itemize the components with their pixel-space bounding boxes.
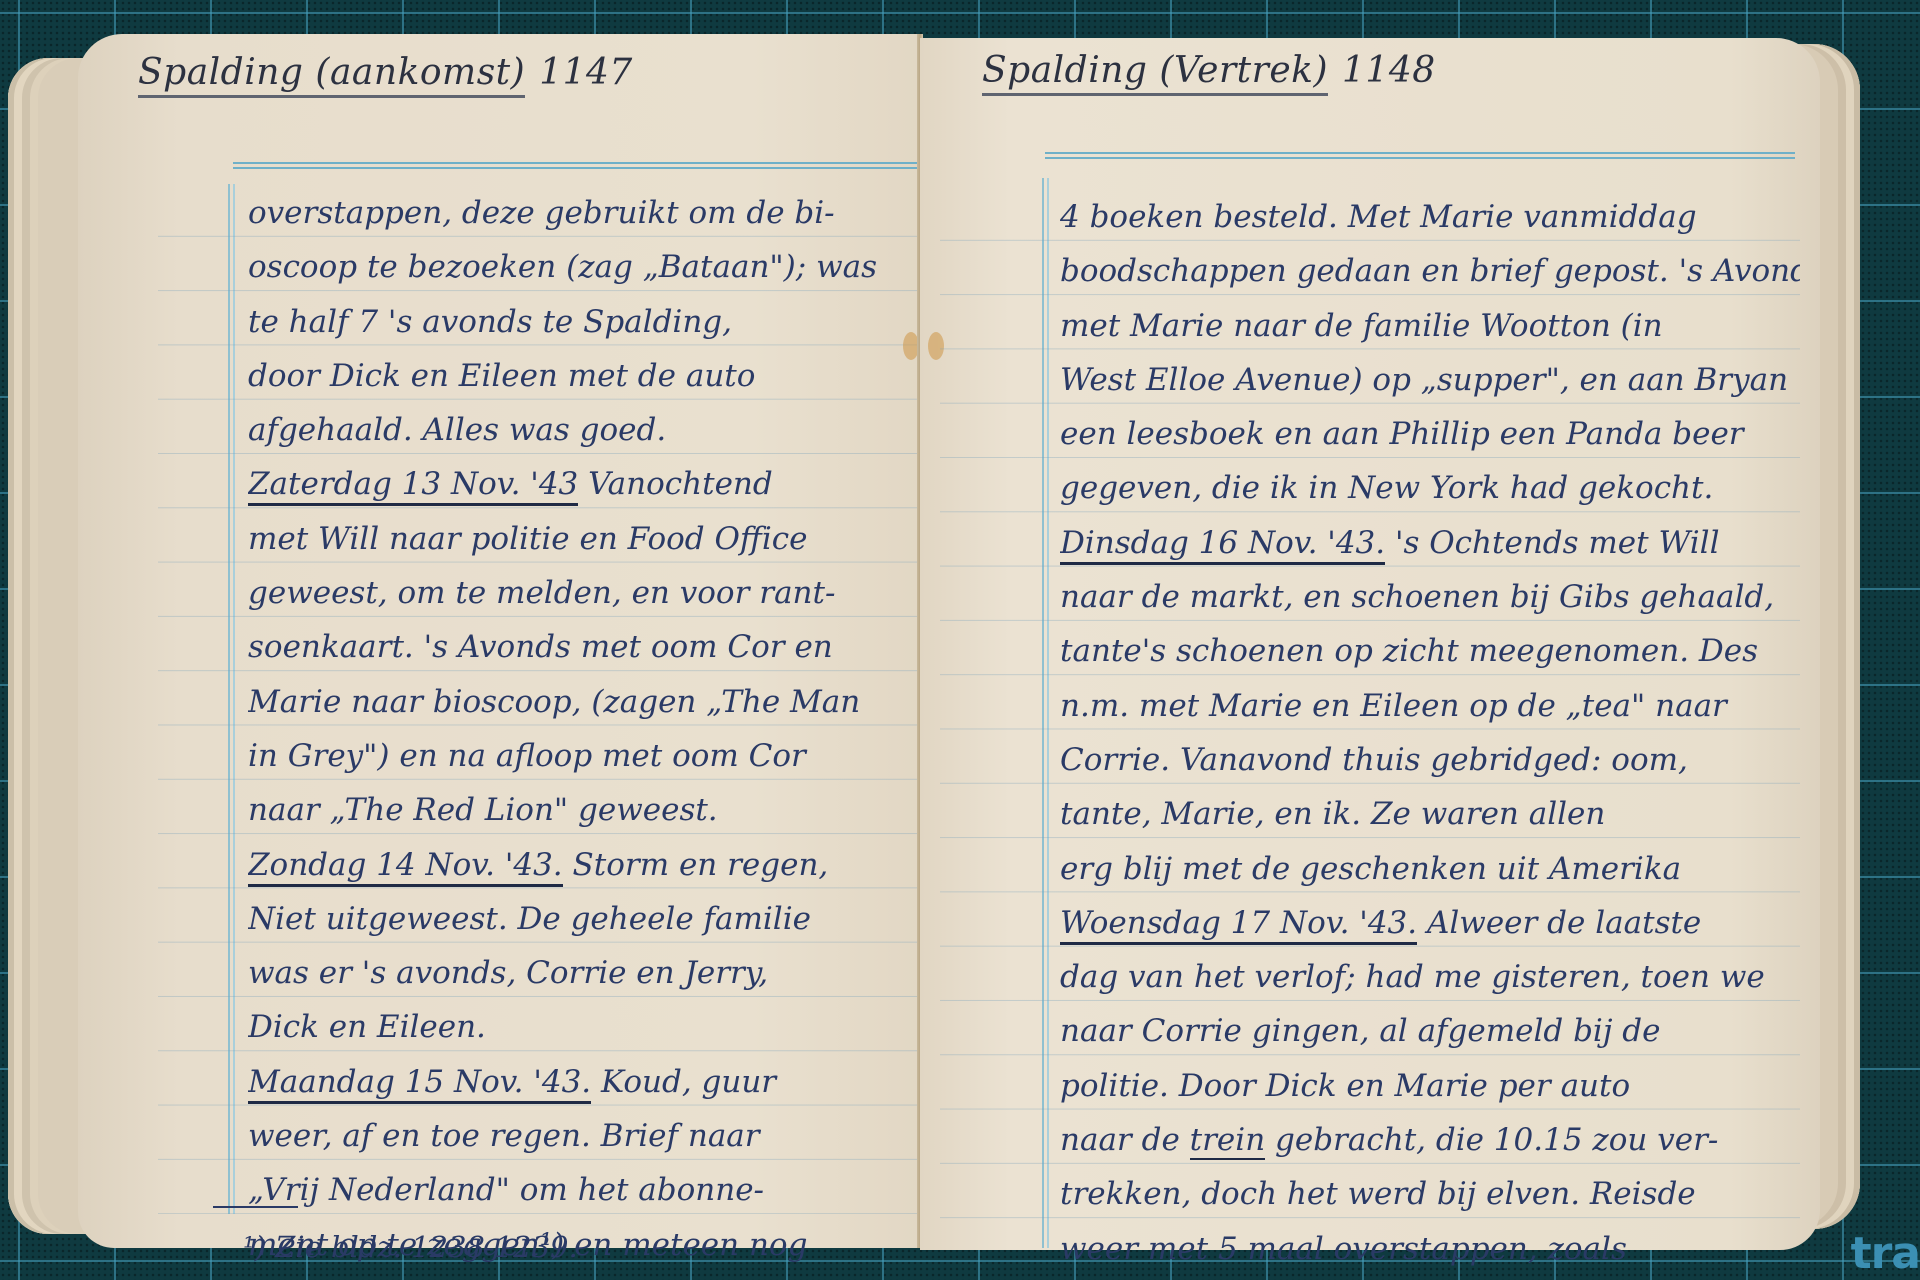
diary-entry-heading: Dinsdag 16 Nov. '43. 's Ochtends met Wil… bbox=[1060, 516, 1800, 570]
diary-line: tante's schoenen op zicht meegenomen. De… bbox=[1060, 624, 1800, 678]
entry-text: Koud, guur bbox=[601, 1064, 776, 1100]
left-page-number: 1147 bbox=[539, 52, 633, 93]
entry-text: Storm en regen, bbox=[573, 847, 829, 883]
diary-line: tante, Marie, en ik. Ze waren allen bbox=[1060, 787, 1800, 841]
right-page-header: Spalding (Vertrek)1148 bbox=[982, 50, 1436, 91]
diary-line: naar Corrie gingen, al afgemeld bij de bbox=[1060, 1004, 1800, 1058]
diary-line: weer met 5 maal overstappen, zoals bbox=[1060, 1222, 1800, 1276]
right-page: Spalding (Vertrek)1148 4 boeken besteld.… bbox=[920, 38, 1820, 1250]
diary-line: naar de trein gebracht, die 10.15 zou ve… bbox=[1060, 1113, 1800, 1167]
footnote: ¹) Zie bldz. 1238-1239. bbox=[243, 1230, 578, 1264]
diary-line: was er 's avonds, Corrie en Jerry, bbox=[248, 946, 918, 1000]
entry-date: Dinsdag 16 Nov. '43. bbox=[1060, 525, 1385, 565]
footnote-rule bbox=[213, 1206, 298, 1208]
diary-line: oscoop te bezoeken (zag „Bataan"); was bbox=[248, 240, 918, 294]
diary-line: weer, af en toe regen. Brief naar bbox=[248, 1109, 918, 1163]
left-page-entries: overstappen, deze gebruikt om de bi-osco… bbox=[248, 186, 918, 1272]
diary-line: een leesboek en aan Phillip een Panda be… bbox=[1060, 407, 1800, 461]
diary-line: erg blij met de geschenken uit Amerika bbox=[1060, 842, 1800, 896]
diary-entry-heading: Zondag 14 Nov. '43. Storm en regen, bbox=[248, 838, 918, 892]
entry-text: Alweer de laatste bbox=[1427, 905, 1701, 941]
diary-line: trekken, doch het werd bij elven. Reisde bbox=[1060, 1167, 1800, 1221]
diary-line: met Will naar politie en Food Office bbox=[248, 512, 918, 566]
open-diary: Spalding (aankomst)1147 overstappen, dez… bbox=[0, 0, 1920, 1280]
entry-text: gebracht, die 10.15 zou ver- bbox=[1265, 1122, 1718, 1158]
diary-line: „Vrij Nederland" om het abonne- bbox=[248, 1163, 918, 1217]
diary-entry-heading: Woensdag 17 Nov. '43. Alweer de laatste bbox=[1060, 896, 1800, 950]
header-rule bbox=[1045, 152, 1795, 154]
diary-line: Corrie. Vanavond thuis gebridged: oom, bbox=[1060, 733, 1800, 787]
header-rule bbox=[233, 162, 918, 164]
left-page-title: Spalding (aankomst) bbox=[138, 52, 525, 98]
diary-line: West Elloe Avenue) op „supper", en aan B… bbox=[1060, 353, 1800, 407]
diary-line: geweest, om te melden, en voor rant- bbox=[248, 566, 918, 620]
diary-line: gegeven, die ik in New York had gekocht. bbox=[1060, 461, 1800, 515]
diary-line: overstappen, deze gebruikt om de bi- bbox=[248, 186, 918, 240]
diary-entry-heading: Zaterdag 13 Nov. '43 Vanochtend bbox=[248, 457, 918, 511]
diary-line: Dick en Eileen. bbox=[248, 1000, 918, 1054]
diary-line: door Dick en Eileen met de auto bbox=[248, 349, 918, 403]
right-page-number: 1148 bbox=[1342, 50, 1436, 91]
watermark-logo: tra bbox=[1851, 1228, 1920, 1279]
left-page-header: Spalding (aankomst)1147 bbox=[138, 52, 633, 93]
entry-date: Zondag 14 Nov. '43. bbox=[248, 847, 563, 887]
entry-text: Vanochtend bbox=[588, 466, 773, 502]
diary-line: Marie naar bioscoop, (zagen „The Man bbox=[248, 675, 918, 729]
diary-line: in Grey") en na afloop met oom Cor bbox=[248, 729, 918, 783]
diary-line: te half 7 's avonds te Spalding, bbox=[248, 295, 918, 349]
diary-line: naar de markt, en schoenen bij Gibs geha… bbox=[1060, 570, 1800, 624]
diary-line: afgehaald. Alles was goed. bbox=[248, 403, 918, 457]
diary-line: naar „The Red Lion" geweest. bbox=[248, 783, 918, 837]
diary-line: 4 boeken besteld. Met Marie vanmiddag bbox=[1060, 190, 1800, 244]
diary-line: Niet uitgeweest. De geheele familie bbox=[248, 892, 918, 946]
entry-date: Maandag 15 Nov. '43. bbox=[248, 1064, 591, 1104]
entry-date: Zaterdag 13 Nov. '43 bbox=[248, 466, 578, 506]
left-page: Spalding (aankomst)1147 overstappen, dez… bbox=[78, 34, 920, 1248]
diary-line: boodschappen gedaan en brief gepost. 's … bbox=[1060, 244, 1800, 298]
diary-line: soenkaart. 's Avonds met oom Cor en bbox=[248, 620, 918, 674]
entry-text: 's Ochtends met Will bbox=[1395, 525, 1720, 561]
underlined-word: trein bbox=[1190, 1122, 1266, 1160]
entry-date: Woensdag 17 Nov. '43. bbox=[1060, 905, 1417, 945]
diary-entry-heading: Maandag 15 Nov. '43. Koud, guur bbox=[248, 1055, 918, 1109]
right-page-title: Spalding (Vertrek) bbox=[982, 50, 1328, 96]
diary-line: dag van het verlof; had me gisteren, toe… bbox=[1060, 950, 1800, 1004]
right-page-entries: 4 boeken besteld. Met Marie vanmiddagboo… bbox=[1060, 190, 1800, 1276]
diary-line: n.m. met Marie en Eileen op de „tea" naa… bbox=[1060, 679, 1800, 733]
diary-line: politie. Door Dick en Marie per auto bbox=[1060, 1059, 1800, 1113]
diary-line: met Marie naar de familie Wootton (in bbox=[1060, 299, 1800, 353]
